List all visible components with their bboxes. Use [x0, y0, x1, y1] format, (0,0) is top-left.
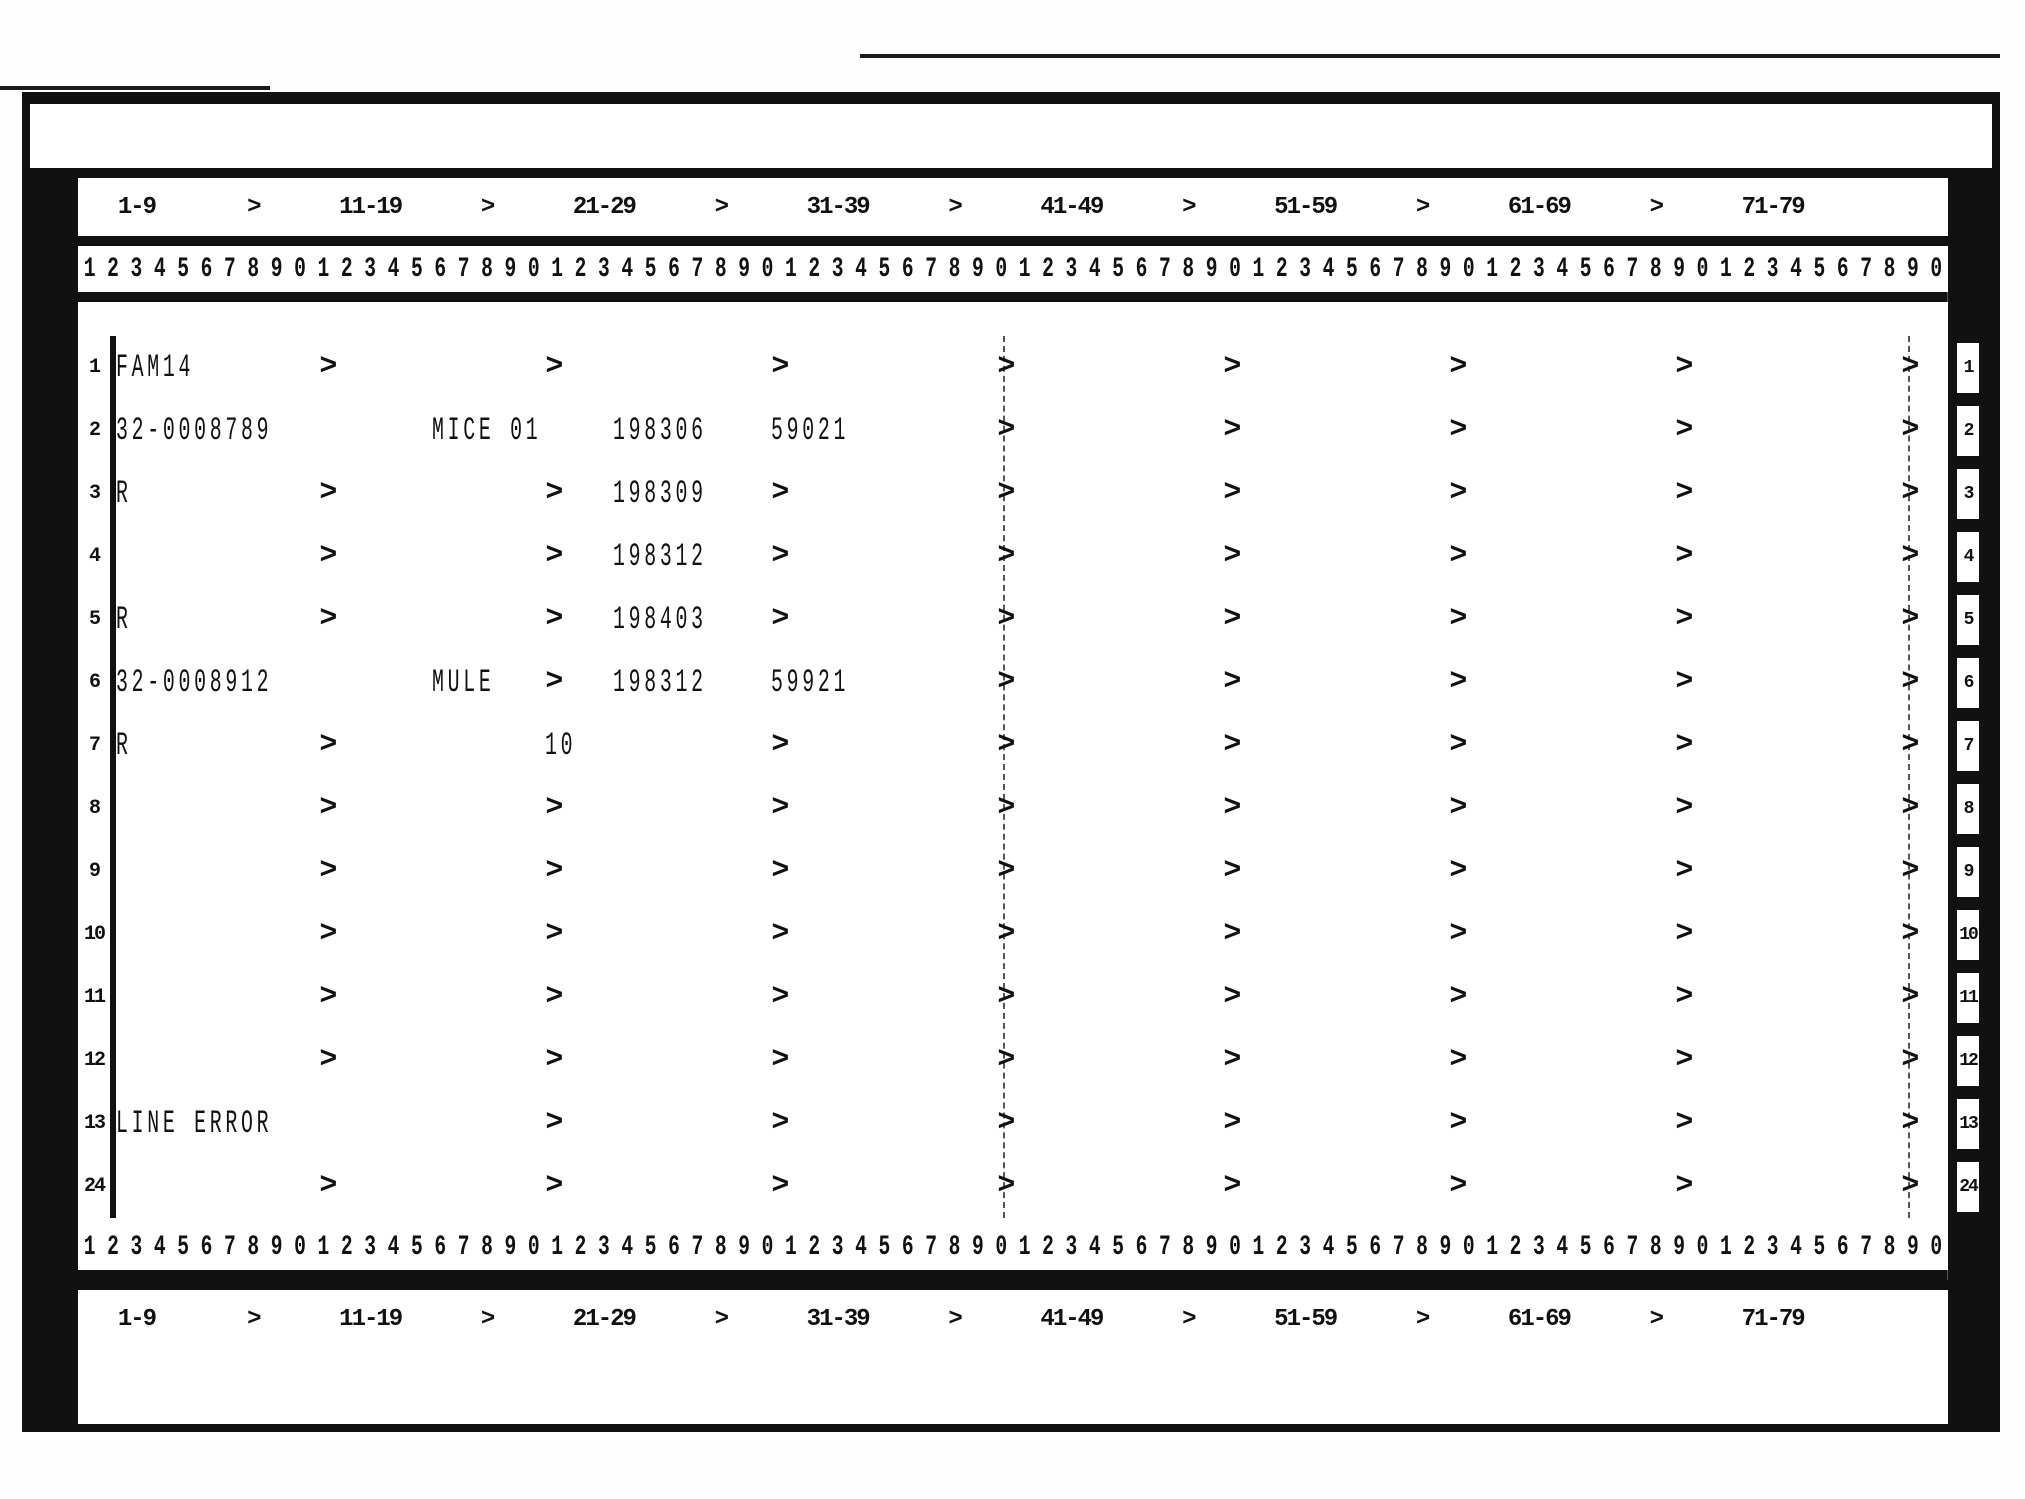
- tab-stop-marker: >: [1901, 714, 1919, 777]
- grid-row[interactable]: 198312>>>>>>>>: [116, 525, 1888, 588]
- ruler-digit: 4: [1784, 254, 1807, 285]
- ruler-digit: 3: [1761, 1232, 1784, 1263]
- tab-stop-marker: >: [1223, 903, 1241, 966]
- ruler-digit: 9: [732, 254, 755, 285]
- ruler-digit: 8: [943, 1232, 966, 1263]
- ruler-digit: 7: [1387, 254, 1410, 285]
- ruler-digit: 4: [148, 1232, 171, 1263]
- ruler-digit: 3: [826, 254, 849, 285]
- tab-stop-marker: >: [1223, 777, 1241, 840]
- right-row-number-box: 13: [1954, 1096, 1982, 1152]
- ruler-digit: 5: [405, 254, 428, 285]
- ruler-digit: 1: [1480, 254, 1503, 285]
- tab-stop-marker: >: [997, 1155, 1015, 1218]
- tab-stop-marker: >: [1449, 1155, 1467, 1218]
- grid-row[interactable]: >>>>>>>>: [116, 966, 1888, 1029]
- tab-stop-marker: >: [997, 966, 1015, 1029]
- ruler-digit: 5: [1808, 254, 1831, 285]
- tab-stop-marker: >: [1223, 399, 1241, 462]
- tab-stop-marker: >: [319, 1155, 337, 1218]
- tab-stop-marker: >: [1901, 336, 1919, 399]
- tab-stop-marker: >: [771, 588, 789, 651]
- grid-row[interactable]: >>>>>>>>: [116, 1029, 1888, 1092]
- ruler-digit: 9: [1434, 254, 1457, 285]
- field-value[interactable]: R: [116, 714, 132, 777]
- tab-stop-marker: >: [1223, 966, 1241, 1029]
- ruler-digit: 5: [171, 1232, 194, 1263]
- ruler-digit: 3: [826, 1232, 849, 1263]
- ruler-digit: 7: [1854, 254, 1877, 285]
- tab-stop-marker: >: [545, 777, 563, 840]
- ruler-digit: 1: [312, 1232, 335, 1263]
- field-value[interactable]: FAM14: [116, 336, 194, 399]
- ruler-digit: 9: [265, 254, 288, 285]
- right-row-number-box: 4: [1954, 529, 1982, 585]
- ruler-digit: 1: [1714, 1232, 1737, 1263]
- ruler-digit: 8: [1410, 254, 1433, 285]
- tab-stop-marker: >: [997, 588, 1015, 651]
- grid-row[interactable]: R10>>>>>>>: [116, 714, 1888, 777]
- ruler-digit: 4: [148, 254, 171, 285]
- field-value[interactable]: 59021: [771, 399, 849, 462]
- column-range-label: 61-69: [1481, 1306, 1598, 1333]
- ruler-digit: 0: [1223, 254, 1246, 285]
- right-row-number-box: 2: [1954, 403, 1982, 459]
- ruler-digit: 7: [919, 254, 942, 285]
- ruler-digit: 0: [1691, 1232, 1714, 1263]
- ruler-digit: 8: [1644, 254, 1667, 285]
- tab-stop-marker: >: [771, 966, 789, 1029]
- ruler-digit: 6: [429, 254, 452, 285]
- tab-marker: >: [896, 1306, 1013, 1333]
- right-row-number-box: 11: [1954, 970, 1982, 1026]
- ruler-digit: 6: [1130, 1232, 1153, 1263]
- ruler-digit: 4: [616, 254, 639, 285]
- tab-stop-marker: >: [1901, 1029, 1919, 1092]
- tab-marker: >: [195, 194, 312, 221]
- ruler-digit: 3: [358, 254, 381, 285]
- ruler-digit: 8: [1878, 254, 1901, 285]
- tab-stop-marker: >: [1675, 525, 1693, 588]
- ruler-digit: 1: [1247, 1232, 1270, 1263]
- ruler-digit: 1: [1714, 254, 1737, 285]
- field-value[interactable]: MICE 01: [432, 399, 541, 462]
- ruler-digit: 0: [1925, 1232, 1948, 1263]
- ruler-digit: 4: [1551, 254, 1574, 285]
- ruler-digit: 2: [1738, 1232, 1761, 1263]
- tab-stop-marker: >: [997, 840, 1015, 903]
- tab-stop-marker: >: [319, 1029, 337, 1092]
- tab-stop-marker: >: [1675, 903, 1693, 966]
- ruler-digit: 9: [1200, 1232, 1223, 1263]
- scan-artifact-line: [860, 54, 2000, 58]
- tab-stop-marker: >: [771, 714, 789, 777]
- column-range-label: 1-9: [78, 1306, 195, 1333]
- tab-stop-marker: >: [1675, 336, 1693, 399]
- ruler-digit: 1: [545, 254, 568, 285]
- tab-stop-marker: >: [1901, 462, 1919, 525]
- ruler-digit: 1: [1013, 1232, 1036, 1263]
- field-value[interactable]: R: [116, 462, 132, 525]
- grid-row[interactable]: R198309>>>>>>>>: [116, 462, 1888, 525]
- ruler-digit: 0: [522, 254, 545, 285]
- field-value[interactable]: 198312: [613, 525, 707, 588]
- bottom-column-range-ruler: 1-9>11-19>21-29>31-39>41-49>51-59>61-69>…: [78, 1280, 1948, 1348]
- row-number: 2: [78, 419, 110, 442]
- tab-stop-marker: >: [997, 651, 1015, 714]
- bottom-column-digit-ruler: 1234567890123456789012345678901234567890…: [78, 1224, 1948, 1280]
- tab-stop-marker: >: [545, 525, 563, 588]
- right-row-number-box: 24: [1954, 1159, 1982, 1215]
- row-number: 1: [78, 356, 110, 379]
- ruler-digit: 1: [779, 1232, 802, 1263]
- ruler-digit: 8: [242, 1232, 265, 1263]
- grid-row[interactable]: FAM14>>>>>>>>: [116, 336, 1888, 399]
- tab-marker: >: [195, 1306, 312, 1333]
- tab-stop-marker: >: [545, 1092, 563, 1155]
- tab-marker: >: [1597, 1306, 1714, 1333]
- field-value[interactable]: 32-0008789: [116, 399, 272, 462]
- ruler-digit: 4: [849, 254, 872, 285]
- right-row-number-box: 10: [1954, 907, 1982, 963]
- ruler-digit: 4: [1317, 254, 1340, 285]
- tab-stop-marker: >: [1901, 903, 1919, 966]
- ruler-digit: 8: [709, 254, 732, 285]
- ruler-digit: 6: [429, 1232, 452, 1263]
- tab-stop-marker: >: [1223, 462, 1241, 525]
- ruler-digit: 4: [1784, 1232, 1807, 1263]
- field-value[interactable]: LINE ERROR: [116, 1092, 272, 1155]
- ruler-digit: 9: [1901, 1232, 1924, 1263]
- tab-stop-marker: >: [997, 399, 1015, 462]
- tab-stop-marker: >: [997, 1029, 1015, 1092]
- ruler-digit: 2: [803, 1232, 826, 1263]
- terminal-screen-form: 1-9>11-19>21-29>31-39>41-49>51-59>61-69>…: [22, 92, 2000, 1432]
- ruler-digit: 1: [1480, 1232, 1503, 1263]
- ruler-digit: 7: [1621, 254, 1644, 285]
- tab-stop-marker: >: [319, 525, 337, 588]
- left-frame-bar: [30, 178, 78, 1424]
- tab-stop-marker: >: [1449, 714, 1467, 777]
- tab-stop-marker: >: [771, 1155, 789, 1218]
- right-row-number-box: 8: [1954, 781, 1982, 837]
- tab-stop-marker: >: [1223, 651, 1241, 714]
- tab-stop-marker: >: [1223, 714, 1241, 777]
- scan-artifact-line: [0, 86, 270, 90]
- tab-stop-marker: >: [1223, 588, 1241, 651]
- row-number: 8: [78, 797, 110, 820]
- field-value[interactable]: R: [116, 588, 132, 651]
- tab-marker: >: [1364, 1306, 1481, 1333]
- ruler-digit: 6: [1831, 1232, 1854, 1263]
- tab-stop-marker: >: [545, 336, 563, 399]
- tab-stop-marker: >: [771, 840, 789, 903]
- ruler-digit: 6: [1364, 254, 1387, 285]
- ruler-digit: 2: [335, 254, 358, 285]
- ruler-digit: 5: [1808, 1232, 1831, 1263]
- field-value[interactable]: 198403: [613, 588, 707, 651]
- ruler-digit: 7: [919, 1232, 942, 1263]
- row-number: 4: [78, 545, 110, 568]
- ruler-digit: 7: [218, 1232, 241, 1263]
- tab-marker: >: [662, 1306, 779, 1333]
- tab-stop-marker: >: [319, 777, 337, 840]
- field-value[interactable]: MULE: [432, 651, 495, 714]
- ruler-digit: 5: [639, 1232, 662, 1263]
- column-range-label: 61-69: [1481, 194, 1598, 221]
- tab-marker: >: [1597, 194, 1714, 221]
- field-value[interactable]: 59921: [771, 651, 849, 714]
- ruler-digit: 0: [990, 254, 1013, 285]
- ruler-digit: 1: [78, 254, 101, 285]
- tab-stop-marker: >: [771, 1029, 789, 1092]
- ruler-digit: 2: [335, 1232, 358, 1263]
- ruler-digit: 3: [1060, 1232, 1083, 1263]
- tab-stop-marker: >: [1675, 1155, 1693, 1218]
- ruler-digit: 2: [101, 254, 124, 285]
- column-range-label: 31-39: [779, 1306, 896, 1333]
- tab-stop-marker: >: [545, 651, 563, 714]
- ruler-digit: 5: [1574, 254, 1597, 285]
- right-row-number-box: 5: [1954, 592, 1982, 648]
- ruler-digit: 5: [873, 1232, 896, 1263]
- title-strip: [30, 104, 1992, 178]
- tab-stop-marker: >: [545, 462, 563, 525]
- ruler-digit: 1: [1013, 254, 1036, 285]
- column-range-label: 1-9: [78, 194, 195, 221]
- tab-stop-marker: >: [1223, 525, 1241, 588]
- grid-row[interactable]: 32-0008789MICE 0119830659021>>>>>: [116, 399, 1888, 462]
- tab-stop-marker: >: [319, 840, 337, 903]
- field-value[interactable]: 10: [545, 714, 576, 777]
- row-number: 13: [78, 1112, 110, 1135]
- grid-row[interactable]: LINE ERROR>>>>>>>: [116, 1092, 1888, 1155]
- ruler-digit: 0: [1925, 254, 1948, 285]
- ruler-digit: 4: [849, 1232, 872, 1263]
- ruler-digit: 6: [1597, 1232, 1620, 1263]
- ruler-digit: 8: [1177, 254, 1200, 285]
- row-number: 6: [78, 671, 110, 694]
- column-range-label: 51-59: [1247, 194, 1364, 221]
- ruler-digit: 4: [1317, 1232, 1340, 1263]
- ruler-digit: 7: [1387, 1232, 1410, 1263]
- ruler-digit: 8: [1177, 1232, 1200, 1263]
- ruler-digit: 4: [616, 1232, 639, 1263]
- grid-row[interactable]: >>>>>>>>: [116, 903, 1888, 966]
- tab-stop-marker: >: [319, 336, 337, 399]
- ruler-digit: 9: [1667, 254, 1690, 285]
- tab-stop-marker: >: [1449, 903, 1467, 966]
- row-number: 5: [78, 608, 110, 631]
- ruler-digit: 3: [1293, 254, 1316, 285]
- field-value[interactable]: 198312: [613, 651, 707, 714]
- column-range-label: 21-29: [546, 194, 663, 221]
- tab-stop-marker: >: [1449, 1029, 1467, 1092]
- column-range-label: 41-49: [1013, 194, 1130, 221]
- ruler-digit: 5: [1574, 1232, 1597, 1263]
- row-number: 12: [78, 1049, 110, 1072]
- tab-stop-marker: >: [1449, 588, 1467, 651]
- tab-stop-marker: >: [997, 777, 1015, 840]
- ruler-digit: 0: [1691, 254, 1714, 285]
- tab-stop-marker: >: [1901, 1155, 1919, 1218]
- tab-stop-marker: >: [1675, 399, 1693, 462]
- grid-row[interactable]: 32-0008912MULE19831259921>>>>>>: [116, 651, 1888, 714]
- ruler-digit: 6: [896, 1232, 919, 1263]
- right-row-number-column: 1234567891011121324: [1948, 336, 1992, 1218]
- ruler-digit: 1: [779, 254, 802, 285]
- tab-stop-marker: >: [1449, 525, 1467, 588]
- ruler-digit: 9: [1200, 254, 1223, 285]
- ruler-digit: 2: [1738, 254, 1761, 285]
- ruler-digit: 5: [1106, 254, 1129, 285]
- ruler-digit: 4: [1083, 1232, 1106, 1263]
- ruler-digit: 3: [1060, 254, 1083, 285]
- ruler-digit: 8: [1878, 1232, 1901, 1263]
- ruler-digit: 0: [990, 1232, 1013, 1263]
- ruler-digit: 2: [1270, 1232, 1293, 1263]
- tab-stop-marker: >: [1675, 1092, 1693, 1155]
- column-range-label: 11-19: [312, 1306, 429, 1333]
- tab-stop-marker: >: [1449, 399, 1467, 462]
- ruler-digit: 3: [1293, 1232, 1316, 1263]
- ruler-digit: 3: [592, 254, 615, 285]
- tab-stop-marker: >: [771, 777, 789, 840]
- grid-row[interactable]: >>>>>>>>: [116, 777, 1888, 840]
- ruler-digit: 9: [1901, 254, 1924, 285]
- tab-stop-marker: >: [1449, 840, 1467, 903]
- ruler-digit: 7: [1854, 1232, 1877, 1263]
- ruler-digit: 6: [195, 254, 218, 285]
- tab-stop-marker: >: [1449, 336, 1467, 399]
- ruler-digit: 4: [1551, 1232, 1574, 1263]
- ruler-digit: 2: [1036, 1232, 1059, 1263]
- ruler-digit: 8: [475, 1232, 498, 1263]
- row-number: 11: [78, 986, 110, 1009]
- ruler-digit: 9: [732, 1232, 755, 1263]
- ruler-digit: 1: [545, 1232, 568, 1263]
- ruler-digit: 4: [382, 1232, 405, 1263]
- tab-stop-marker: >: [1675, 714, 1693, 777]
- row-number: 10: [78, 923, 110, 946]
- grid-row[interactable]: R198403>>>>>>>>: [116, 588, 1888, 651]
- ruler-digit: 5: [1340, 1232, 1363, 1263]
- right-row-number-box: 1: [1954, 340, 1982, 396]
- tab-marker: >: [429, 194, 546, 221]
- tab-stop-marker: >: [319, 903, 337, 966]
- ruler-digit: 7: [452, 254, 475, 285]
- ruler-digit: 4: [382, 254, 405, 285]
- tab-stop-marker: >: [545, 1155, 563, 1218]
- tab-stop-marker: >: [1901, 777, 1919, 840]
- row-number-column: [78, 336, 116, 1218]
- tab-stop-marker: >: [1901, 1092, 1919, 1155]
- tab-stop-marker: >: [1675, 462, 1693, 525]
- tab-stop-marker: >: [1675, 1029, 1693, 1092]
- ruler-digit: 9: [1667, 1232, 1690, 1263]
- tab-stop-marker: >: [771, 336, 789, 399]
- tab-stop-marker: >: [1223, 1155, 1241, 1218]
- tab-stop-marker: >: [1675, 840, 1693, 903]
- ruler-digit: 8: [709, 1232, 732, 1263]
- tab-stop-marker: >: [997, 462, 1015, 525]
- tab-stop-marker: >: [771, 525, 789, 588]
- ruler-digit: 1: [78, 1232, 101, 1263]
- grid-row[interactable]: >>>>>>>>: [116, 1155, 1888, 1218]
- tab-marker: >: [429, 1306, 546, 1333]
- ruler-digit: 9: [265, 1232, 288, 1263]
- top-column-digit-ruler: 1234567890123456789012345678901234567890…: [78, 246, 1948, 302]
- tab-marker: >: [662, 194, 779, 221]
- right-row-number-box: 3: [1954, 466, 1982, 522]
- tab-stop-marker: >: [545, 840, 563, 903]
- ruler-digit: 9: [966, 254, 989, 285]
- tab-stop-marker: >: [1901, 399, 1919, 462]
- ruler-digit: 3: [125, 254, 148, 285]
- ruler-digit: 5: [171, 254, 194, 285]
- ruler-digit: 0: [1457, 254, 1480, 285]
- ruler-digit: 5: [873, 254, 896, 285]
- tab-stop-marker: >: [997, 1092, 1015, 1155]
- ruler-digit: 6: [1364, 1232, 1387, 1263]
- column-range-label: 41-49: [1013, 1306, 1130, 1333]
- column-range-label: 21-29: [546, 1306, 663, 1333]
- tab-stop-marker: >: [1675, 651, 1693, 714]
- tab-stop-marker: >: [319, 714, 337, 777]
- ruler-digit: 0: [288, 254, 311, 285]
- ruler-digit: 2: [1504, 254, 1527, 285]
- ruler-digit: 2: [569, 254, 592, 285]
- ruler-digit: 2: [569, 1232, 592, 1263]
- ruler-digit: 5: [1340, 254, 1363, 285]
- field-value[interactable]: 198306: [613, 399, 707, 462]
- ruler-digit: 7: [686, 254, 709, 285]
- column-range-label: 51-59: [1247, 1306, 1364, 1333]
- tab-stop-marker: >: [1675, 588, 1693, 651]
- tab-stop-marker: >: [997, 336, 1015, 399]
- ruler-digit: 1: [1247, 254, 1270, 285]
- tab-stop-marker: >: [1449, 651, 1467, 714]
- ruler-digit: 5: [639, 254, 662, 285]
- ruler-digit: 1: [312, 254, 335, 285]
- tab-stop-marker: >: [1223, 1092, 1241, 1155]
- column-range-label: 11-19: [312, 194, 429, 221]
- right-row-number-box: 9: [1954, 844, 1982, 900]
- tab-stop-marker: >: [997, 903, 1015, 966]
- ruler-digit: 8: [475, 254, 498, 285]
- tab-stop-marker: >: [1449, 462, 1467, 525]
- ruler-digit: 2: [1270, 254, 1293, 285]
- tab-stop-marker: >: [545, 966, 563, 1029]
- tab-marker: >: [896, 194, 1013, 221]
- right-row-number-box: 7: [1954, 718, 1982, 774]
- tab-marker: >: [1364, 194, 1481, 221]
- ruler-digit: 0: [756, 1232, 779, 1263]
- ruler-digit: 2: [1504, 1232, 1527, 1263]
- column-range-label: 71-79: [1714, 1306, 1831, 1333]
- field-value[interactable]: 32-0008912: [116, 651, 272, 714]
- top-column-range-ruler: 1-9>11-19>21-29>31-39>41-49>51-59>61-69>…: [78, 178, 1948, 246]
- grid-row[interactable]: >>>>>>>>: [116, 840, 1888, 903]
- tab-stop-marker: >: [1449, 966, 1467, 1029]
- row-number: 9: [78, 860, 110, 883]
- data-entry-grid: 1234567891011121324 1FAM14>>>>>>>>232-00…: [78, 336, 1948, 1218]
- tab-stop-marker: >: [1449, 1092, 1467, 1155]
- tab-stop-marker: >: [1901, 525, 1919, 588]
- right-row-number-box: 12: [1954, 1033, 1982, 1089]
- tab-stop-marker: >: [1223, 840, 1241, 903]
- field-value[interactable]: 198309: [613, 462, 707, 525]
